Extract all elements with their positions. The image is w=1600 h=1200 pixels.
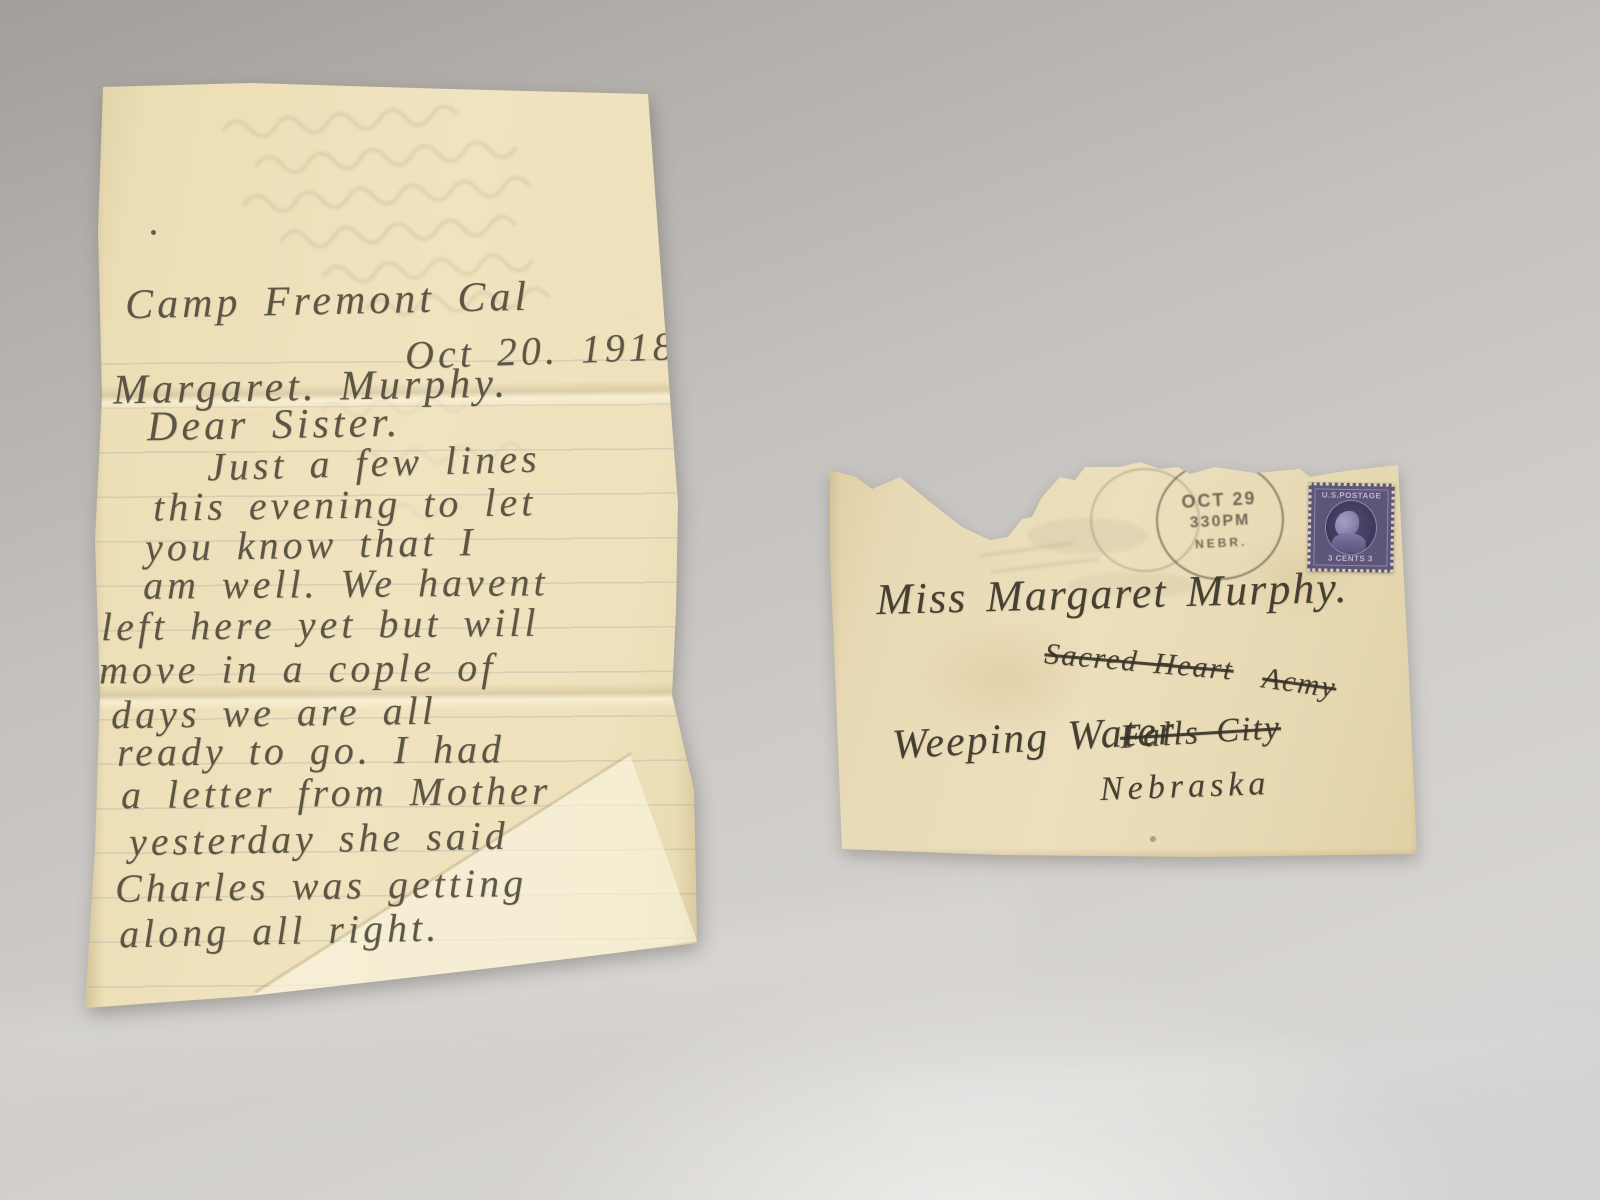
envelope-speck bbox=[1150, 836, 1156, 842]
letter-place-line: Camp Fremont Cal bbox=[125, 273, 531, 329]
postmark-date: OCT 29 bbox=[1181, 488, 1257, 513]
postage-stamp: U.S.POSTAGE 3 CENTS 3 bbox=[1307, 482, 1395, 572]
letter-body-line: Charles was getting bbox=[115, 859, 528, 912]
envelope: OCT 29 330PM NEBR. U.S.POSTAGE 3 CENTS 3… bbox=[828, 452, 1422, 862]
light-reflection-streak bbox=[878, 1025, 1600, 1157]
postmark-time: 330PM bbox=[1189, 511, 1251, 532]
paper-left-shadow bbox=[85, 83, 105, 1015]
letter-body-line: left here yet but will bbox=[101, 599, 540, 651]
washington-portrait bbox=[1325, 500, 1378, 556]
letter-paper: Camp Fremont Cal Oct 20. 1918 Margaret. … bbox=[85, 83, 703, 1015]
handwritten-letter: Camp Fremont Cal Oct 20. 1918 Margaret. … bbox=[85, 83, 703, 1015]
letter-body-line: along all right. bbox=[119, 904, 441, 958]
paper-speck bbox=[151, 230, 156, 235]
postmark-region: NEBR. bbox=[1195, 535, 1248, 552]
letter-body-line: a letter from Mother bbox=[121, 767, 552, 819]
envelope-state: Nebraska bbox=[1099, 765, 1271, 809]
stamp-frame: U.S.POSTAGE 3 CENTS 3 bbox=[1313, 488, 1388, 566]
photo-of-letter-and-envelope: { "letter": { "place_line": "Camp Fremon… bbox=[0, 0, 1600, 1200]
paper-right-shadow bbox=[675, 83, 703, 1015]
portrait-bust bbox=[1332, 533, 1366, 554]
letter-body-line: move in a cople of bbox=[99, 644, 497, 694]
letter-body-line: yesterday she said bbox=[129, 812, 510, 866]
envelope-paper: OCT 29 330PM NEBR. U.S.POSTAGE 3 CENTS 3… bbox=[828, 452, 1422, 862]
